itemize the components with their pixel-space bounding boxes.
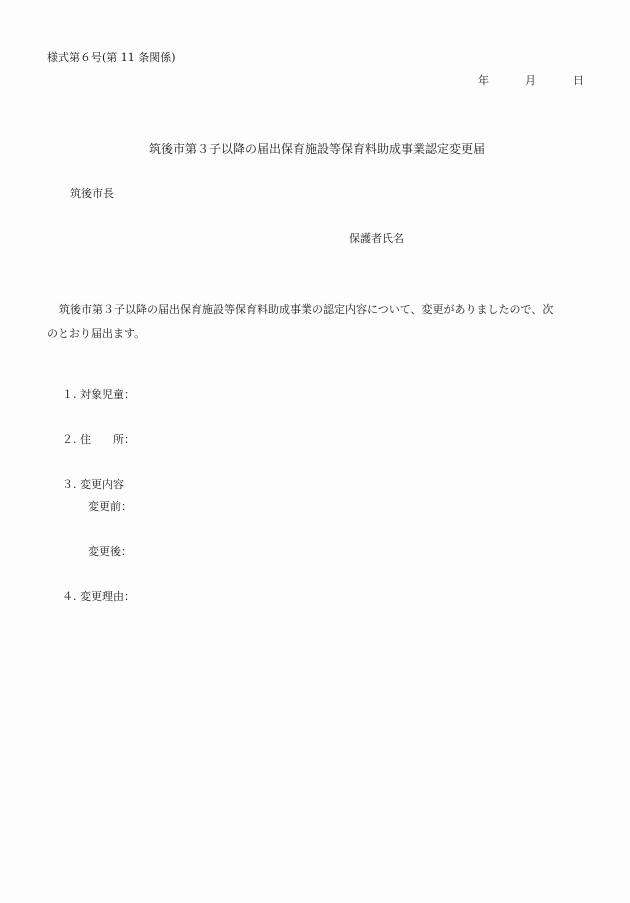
form-number: 様式第６号(第 11 条関係) — [47, 51, 176, 65]
date-year-label: 年 — [478, 74, 489, 88]
date-month-label: 月 — [525, 74, 536, 88]
body-line-1: 筑後市第３子以降の届出保育施設等保育料助成事業の認定内容について、変更がありまし… — [47, 298, 587, 322]
item-before-change: 変更前： — [88, 500, 132, 514]
body-line-2: のとおり届出ます。 — [47, 322, 587, 346]
item-change-reason: ４. 変更理由： — [62, 590, 135, 604]
item-change-content: ３. 変更内容 — [62, 478, 124, 492]
item-after-change: 変更後： — [88, 545, 132, 559]
item-target-child: １. 対象児童： — [62, 388, 135, 402]
addressee: 筑後市長 — [70, 187, 114, 201]
document-title: 筑後市第３子以降の届出保育施設等保育料助成事業認定変更届 — [0, 142, 630, 156]
body-paragraph: 筑後市第３子以降の届出保育施設等保育料助成事業の認定内容について、変更がありまし… — [47, 298, 587, 346]
guardian-name-label: 保護者氏名 — [349, 232, 404, 246]
item-address: ２. 住 所： — [62, 433, 135, 447]
date-day-label: 日 — [573, 74, 584, 88]
